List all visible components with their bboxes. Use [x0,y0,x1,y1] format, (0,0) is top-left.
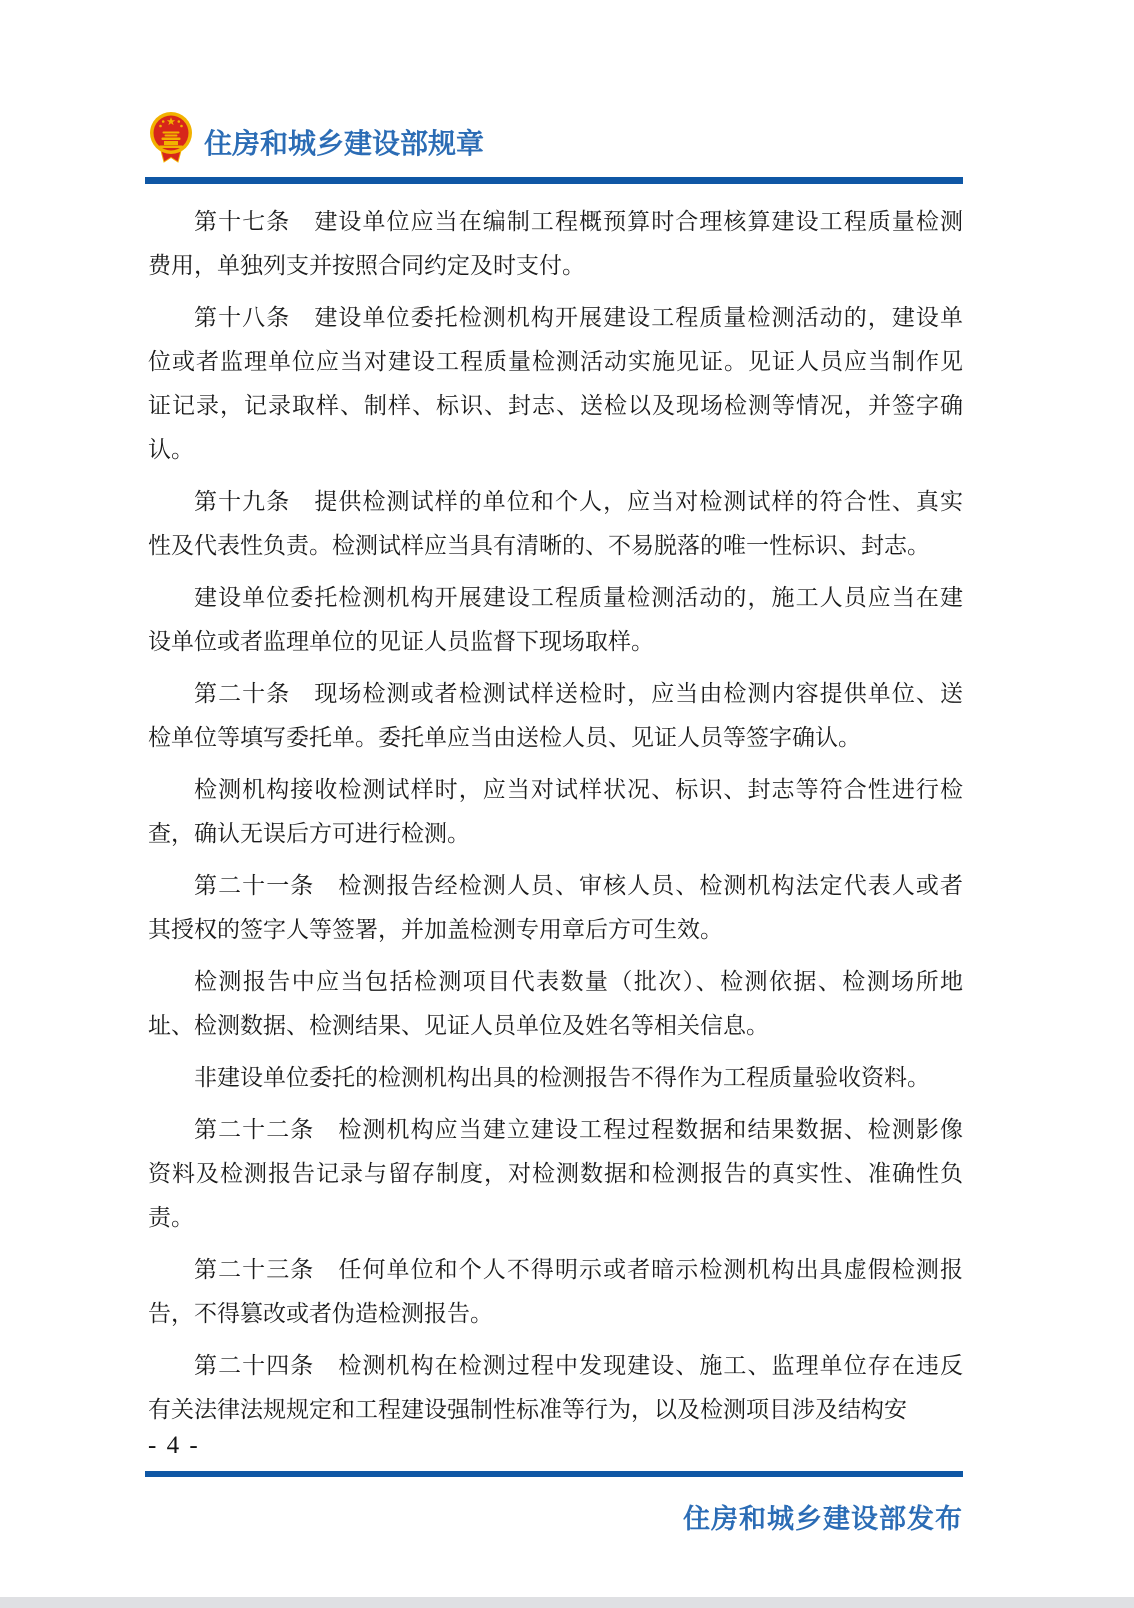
paragraph: 第二十三条 任何单位和个人不得明示或者暗示检测机构出具虚假检测报告，不得篡改或者… [148,1248,963,1336]
body-line: 有关法律法规规定和工程建设强制性标准等行为，以及检测项目涉及结构安 [148,1388,963,1432]
header-rule [145,177,963,184]
paragraph: 第十九条 提供检测试样的单位和个人，应当对检测试样的符合性、真实性及代表性负责。… [148,480,963,568]
paragraph: 第十八条 建设单位委托检测机构开展建设工程质量检测活动的，建设单位或者监理单位应… [148,296,963,472]
page-number: - 4 - [148,1432,200,1460]
body-line: 第二十条 现场检测或者检测试样送检时，应当由检测内容提供单位、送 [148,672,963,716]
paragraph: 第二十条 现场检测或者检测试样送检时，应当由检测内容提供单位、送检单位等填写委托… [148,672,963,760]
body-line: 第十九条 提供检测试样的单位和个人，应当对检测试样的符合性、真实 [148,480,963,524]
body-line: 证记录，记录取样、制样、标识、封志、送检以及现场检测等情况，并签字确 [148,384,963,428]
body-line: 址、检测数据、检测结果、见证人员单位及姓名等相关信息。 [148,1004,963,1048]
footer-publisher: 住房和城乡建设部发布 [148,1497,963,1536]
paragraph: 第二十四条 检测机构在检测过程中发现建设、施工、监理单位存在违反有关法律法规规定… [148,1344,963,1432]
national-emblem-icon [149,111,193,170]
paragraph: 第十七条 建设单位应当在编制工程概预算时合理核算建设工程质量检测费用，单独列支并… [148,200,963,288]
body-line: 费用，单独列支并按照合同约定及时支付。 [148,244,963,288]
body-line: 告，不得篡改或者伪造检测报告。 [148,1292,963,1336]
body-line: 第二十一条 检测报告经检测人员、审核人员、检测机构法定代表人或者 [148,864,963,908]
header-title: 住房和城乡建设部规章 [204,122,804,162]
body-line: 非建设单位委托的检测机构出具的检测报告不得作为工程质量验收资料。 [148,1056,963,1100]
body-line: 第二十四条 检测机构在检测过程中发现建设、施工、监理单位存在违反 [148,1344,963,1388]
body-line: 设单位或者监理单位的见证人员监督下现场取样。 [148,620,963,664]
body-line: 建设单位委托检测机构开展建设工程质量检测活动的，施工人员应当在建 [148,576,963,620]
paragraph: 建设单位委托检测机构开展建设工程质量检测活动的，施工人员应当在建设单位或者监理单… [148,576,963,664]
paragraph: 非建设单位委托的检测机构出具的检测报告不得作为工程质量验收资料。 [148,1056,963,1100]
body-line: 其授权的签字人等签署，并加盖检测专用章后方可生效。 [148,908,963,952]
paragraph: 第二十二条 检测机构应当建立建设工程过程数据和结果数据、检测影像资料及检测报告记… [148,1108,963,1240]
paragraph: 检测机构接收检测试样时，应当对试样状况、标识、封志等符合性进行检查，确认无误后方… [148,768,963,856]
body-line: 第二十三条 任何单位和个人不得明示或者暗示检测机构出具虚假检测报 [148,1248,963,1292]
document-body: 第十七条 建设单位应当在编制工程概预算时合理核算建设工程质量检测费用，单独列支并… [148,200,963,1432]
body-line: 查，确认无误后方可进行检测。 [148,812,963,856]
body-line: 检单位等填写委托单。委托单应当由送检人员、见证人员等签字确认。 [148,716,963,760]
body-line: 责。 [148,1196,963,1240]
body-line: 资料及检测报告记录与留存制度，对检测数据和检测报告的真实性、准确性负 [148,1152,963,1196]
paragraph: 检测报告中应当包括检测项目代表数量（批次）、检测依据、检测场所地址、检测数据、检… [148,960,963,1048]
paragraph: 第二十一条 检测报告经检测人员、审核人员、检测机构法定代表人或者其授权的签字人等… [148,864,963,952]
body-line: 位或者监理单位应当对建设工程质量检测活动实施见证。见证人员应当制作见 [148,340,963,384]
body-line: 第十七条 建设单位应当在编制工程概预算时合理核算建设工程质量检测 [148,200,963,244]
body-line: 第二十二条 检测机构应当建立建设工程过程数据和结果数据、检测影像 [148,1108,963,1152]
body-line: 第十八条 建设单位委托检测机构开展建设工程质量检测活动的，建设单 [148,296,963,340]
body-line: 性及代表性负责。检测试样应当具有清晰的、不易脱落的唯一性标识、封志。 [148,524,963,568]
page-bottom-edge [0,1597,1134,1608]
body-line: 检测机构接收检测试样时，应当对试样状况、标识、封志等符合性进行检 [148,768,963,812]
body-line: 认。 [148,428,963,472]
document-page: 住房和城乡建设部规章 第十七条 建设单位应当在编制工程概预算时合理核算建设工程质… [0,0,1134,1608]
body-line: 检测报告中应当包括检测项目代表数量（批次）、检测依据、检测场所地 [148,960,963,1004]
footer-rule [145,1471,963,1477]
